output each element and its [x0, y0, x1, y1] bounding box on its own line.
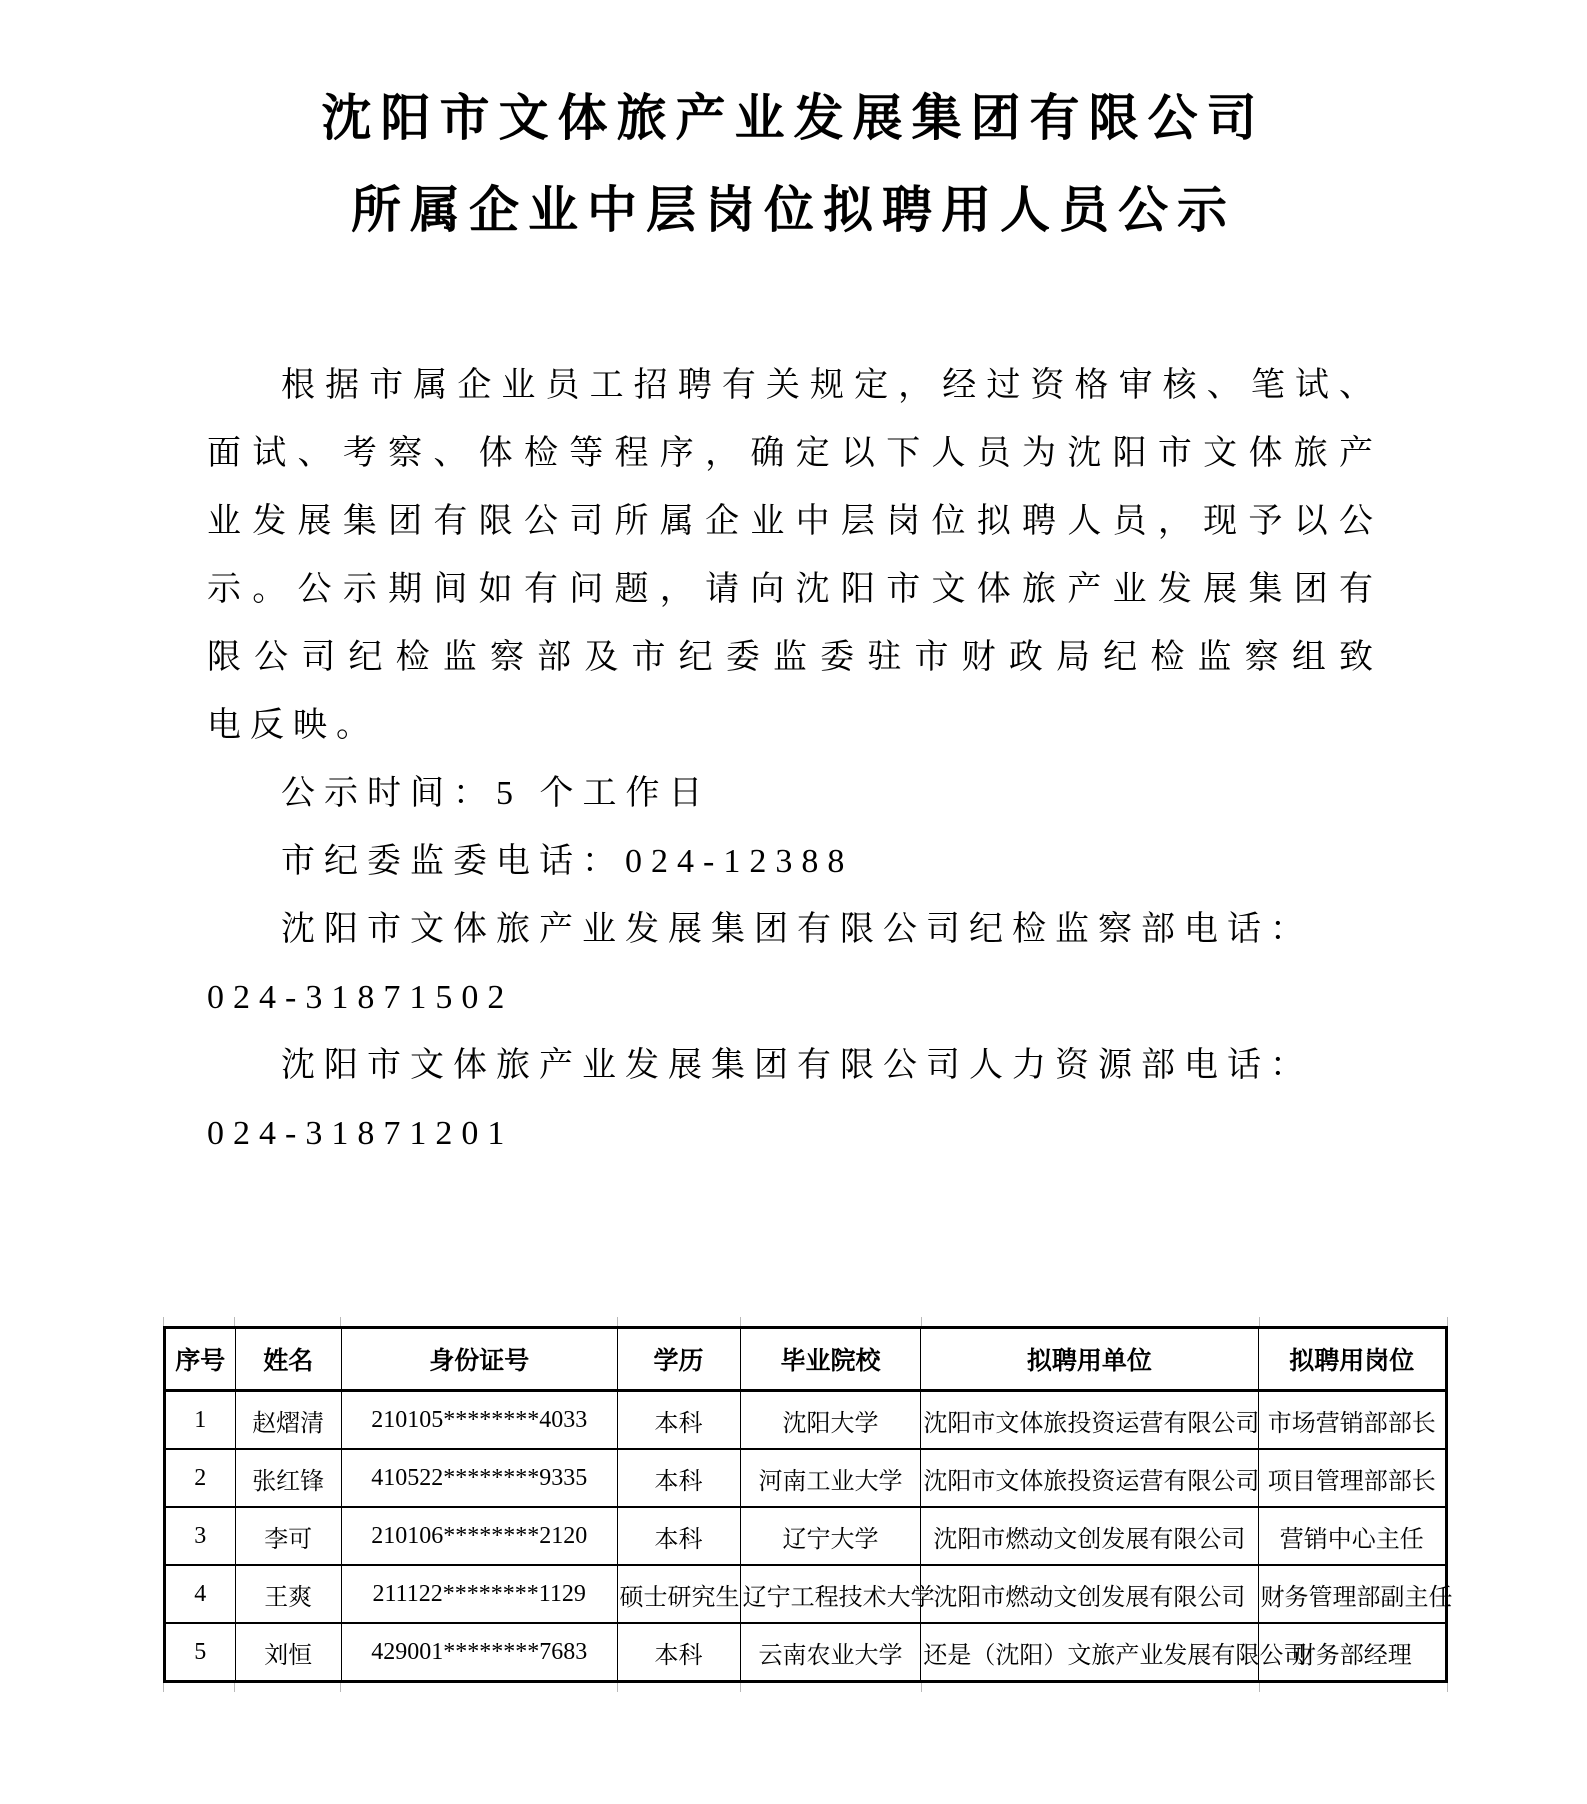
table-row: 5 刘恒 429001********7683 本科 云南农业大学 还是（沈阳）… — [165, 1623, 1447, 1682]
grid-stub — [163, 1317, 164, 1326]
cell-index: 1 — [165, 1391, 236, 1450]
body-line-3: 业发展集团有限公司所属企业中层岗位拟聘人员，现予以公 — [207, 488, 1382, 556]
cell-position: 营销中心主任 — [1258, 1507, 1447, 1565]
cell-education: 本科 — [617, 1391, 740, 1450]
cell-id-number: 210105********4033 — [341, 1391, 617, 1450]
header-cell-index: 序号 — [165, 1328, 236, 1391]
cell-index: 4 — [165, 1565, 236, 1623]
body-line-hr-dept-phone-number: 024-31871201 — [207, 1100, 1382, 1168]
header-cell-school: 毕业院校 — [740, 1328, 921, 1391]
body-line-hr-dept-phone-label: 沈阳市文体旅产业发展集团有限公司人力资源部电话： — [207, 1032, 1382, 1100]
header-cell-name: 姓名 — [235, 1328, 341, 1391]
table-row: 2 张红锋 410522********9335 本科 河南工业大学 沈阳市文体… — [165, 1449, 1447, 1507]
body-line-discipline-dept-phone-number: 024-31871502 — [207, 964, 1382, 1032]
table-row: 3 李可 210106********2120 本科 辽宁大学 沈阳市燃动文创发… — [165, 1507, 1447, 1565]
grid-stub — [921, 1317, 922, 1326]
cell-school: 辽宁大学 — [740, 1507, 921, 1565]
cell-index: 5 — [165, 1623, 236, 1682]
grid-stub — [740, 1683, 741, 1692]
table-header-row: 序号 姓名 身份证号 学历 毕业院校 拟聘用单位 拟聘用岗位 — [165, 1328, 1447, 1391]
grid-stub — [1447, 1683, 1448, 1692]
cell-id-number: 210106********2120 — [341, 1507, 617, 1565]
cell-employer: 沈阳市燃动文创发展有限公司 — [921, 1507, 1258, 1565]
cell-school: 沈阳大学 — [740, 1391, 921, 1450]
header-cell-employer: 拟聘用单位 — [921, 1328, 1258, 1391]
body-line-4: 示。公示期间如有问题，请向沈阳市文体旅产业发展集团有 — [207, 556, 1382, 624]
grid-stub — [340, 1317, 341, 1326]
cell-id-number: 410522********9335 — [341, 1449, 617, 1507]
cell-education: 本科 — [617, 1623, 740, 1682]
cell-position: 财务管理部副主任 — [1258, 1565, 1447, 1623]
cell-employer: 沈阳市文体旅投资运营有限公司 — [921, 1391, 1258, 1450]
body-line-1: 根据市属企业员工招聘有关规定，经过资格审核、笔试、 — [207, 352, 1382, 420]
header-cell-education: 学历 — [617, 1328, 740, 1391]
page-title: 沈阳市文体旅产业发展集团有限公司 所属企业中层岗位拟聘用人员公示 — [0, 72, 1587, 256]
table-row: 4 王爽 211122********1129 硕士研究生 辽宁工程技术大学 沈… — [165, 1565, 1447, 1623]
body-text: 根据市属企业员工招聘有关规定，经过资格审核、笔试、 面试、考察、体检等程序，确定… — [207, 352, 1382, 1168]
table-row: 1 赵熠清 210105********4033 本科 沈阳大学 沈阳市文体旅投… — [165, 1391, 1447, 1450]
cell-school: 云南农业大学 — [740, 1623, 921, 1682]
cell-position: 市场营销部部长 — [1258, 1391, 1447, 1450]
cell-index: 2 — [165, 1449, 236, 1507]
cell-name: 赵熠清 — [235, 1391, 341, 1450]
grid-stub — [340, 1683, 341, 1692]
body-line-commission-phone: 市纪委监委电话：024-12388 — [207, 828, 1382, 896]
cell-school: 辽宁工程技术大学 — [740, 1565, 921, 1623]
body-line-discipline-dept-phone-label: 沈阳市文体旅产业发展集团有限公司纪检监察部电话： — [207, 896, 1382, 964]
grid-stub — [617, 1317, 618, 1326]
cell-school: 河南工业大学 — [740, 1449, 921, 1507]
cell-id-number: 211122********1129 — [341, 1565, 617, 1623]
cell-name: 李可 — [235, 1507, 341, 1565]
grid-stub — [740, 1317, 741, 1326]
grid-stub — [163, 1683, 164, 1692]
grid-stub — [617, 1683, 618, 1692]
grid-stub — [1259, 1317, 1260, 1326]
gridline-stubs-top — [163, 1317, 1448, 1326]
cell-name: 张红锋 — [235, 1449, 341, 1507]
cell-employer: 沈阳市燃动文创发展有限公司 — [921, 1565, 1258, 1623]
body-line-5: 限公司纪检监察部及市纪委监委驻市财政局纪检监察组致 — [207, 624, 1382, 692]
grid-stub — [1259, 1683, 1260, 1692]
body-line-publicity-period: 公示时间：5 个工作日 — [207, 760, 1382, 828]
grid-stub — [1447, 1317, 1448, 1326]
header-cell-id-number: 身份证号 — [341, 1328, 617, 1391]
title-line-1: 沈阳市文体旅产业发展集团有限公司 — [0, 72, 1587, 164]
header-cell-position: 拟聘用岗位 — [1258, 1328, 1447, 1391]
cell-index: 3 — [165, 1507, 236, 1565]
cell-id-number: 429001********7683 — [341, 1623, 617, 1682]
gridline-stubs-bottom — [163, 1683, 1448, 1692]
cell-education: 本科 — [617, 1449, 740, 1507]
grid-stub — [921, 1683, 922, 1692]
grid-stub — [234, 1317, 235, 1326]
title-line-2: 所属企业中层岗位拟聘用人员公示 — [0, 164, 1587, 256]
body-line-2: 面试、考察、体检等程序，确定以下人员为沈阳市文体旅产 — [207, 420, 1382, 488]
cell-employer: 沈阳市文体旅投资运营有限公司 — [921, 1449, 1258, 1507]
hiring-table-section: 序号 姓名 身份证号 学历 毕业院校 拟聘用单位 拟聘用岗位 1 赵熠清 210… — [163, 1326, 1448, 1683]
document-page: 沈阳市文体旅产业发展集团有限公司 所属企业中层岗位拟聘用人员公示 根据市属企业员… — [0, 0, 1587, 1804]
cell-name: 刘恒 — [235, 1623, 341, 1682]
cell-name: 王爽 — [235, 1565, 341, 1623]
cell-education: 本科 — [617, 1507, 740, 1565]
cell-employer: 还是（沈阳）文旅产业发展有限公司 — [921, 1623, 1258, 1682]
body-line-6: 电反映。 — [207, 692, 1382, 760]
hiring-table: 序号 姓名 身份证号 学历 毕业院校 拟聘用单位 拟聘用岗位 1 赵熠清 210… — [163, 1326, 1448, 1683]
cell-position: 项目管理部部长 — [1258, 1449, 1447, 1507]
cell-education: 硕士研究生 — [617, 1565, 740, 1623]
grid-stub — [234, 1683, 235, 1692]
